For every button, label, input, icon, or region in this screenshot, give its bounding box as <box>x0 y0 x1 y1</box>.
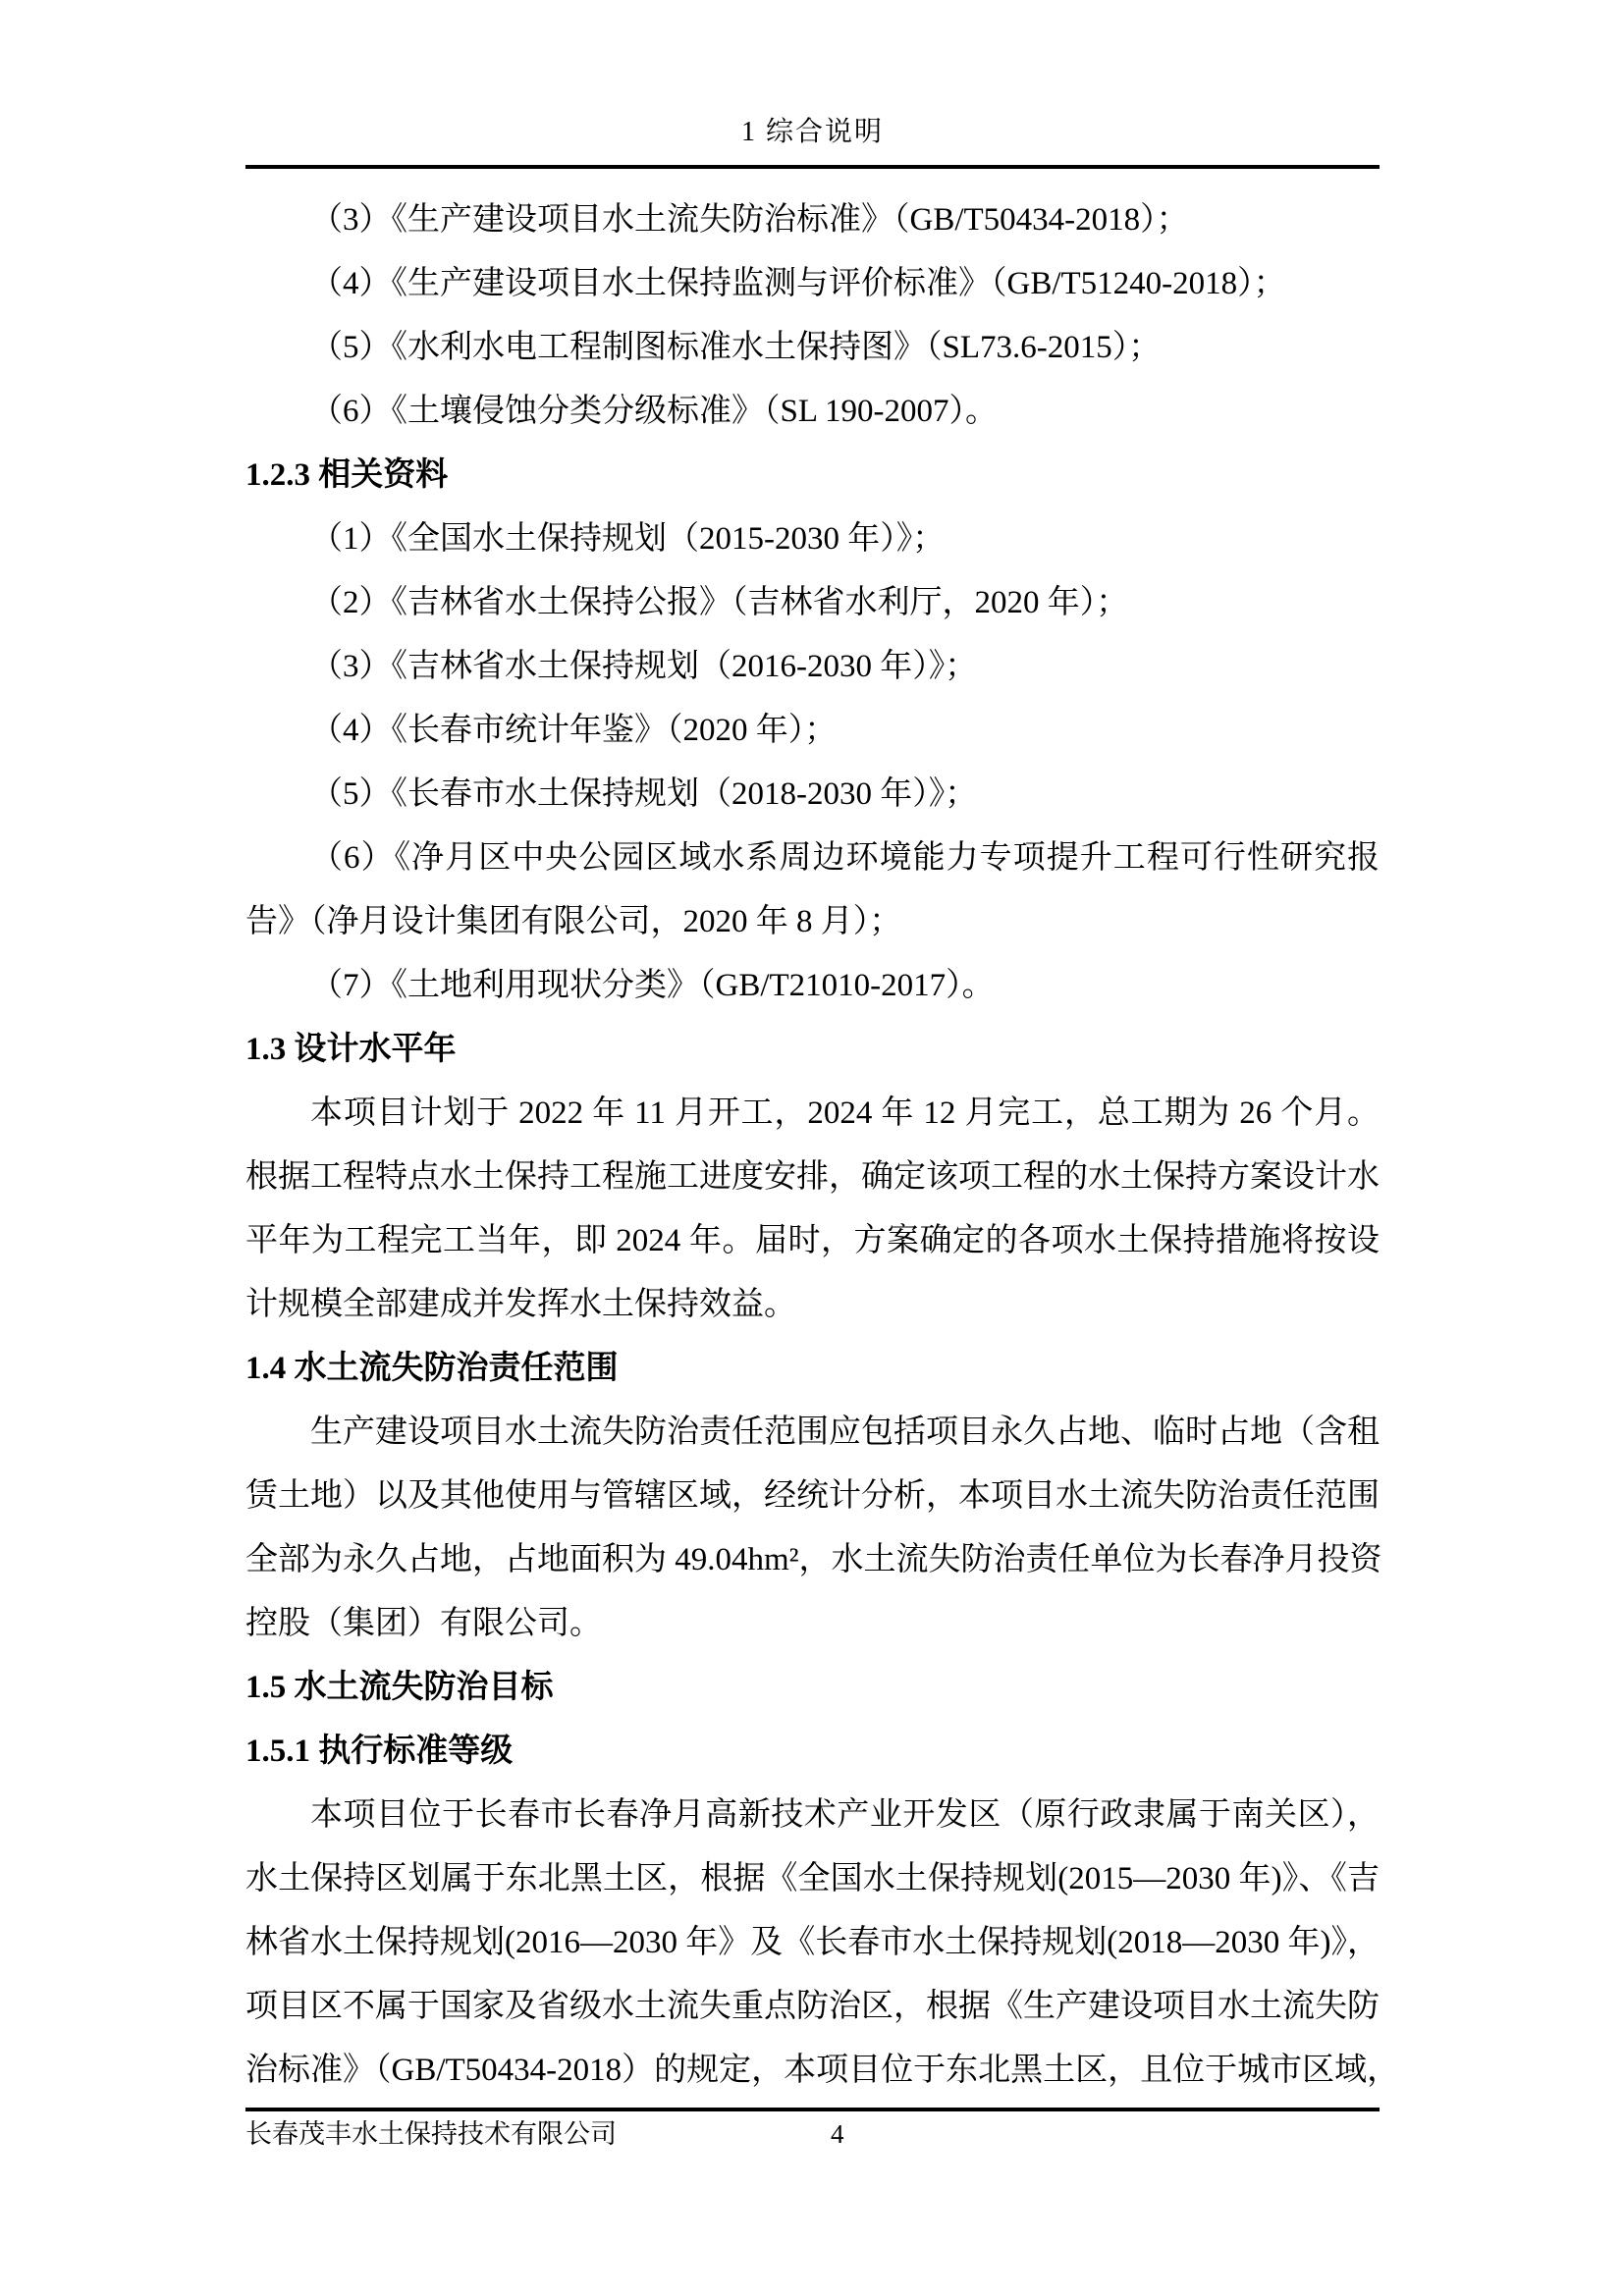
text-line: 林省水土保持规划(2016—2030 年》及《长春市水土保持规划(2018—20… <box>245 1911 1380 1975</box>
section-heading: 1.4 水土流失防治责任范围 <box>245 1337 1380 1401</box>
text-line: （1）《全国水土保持规划（2015-2030 年）》； <box>245 507 1380 571</box>
text-line: （3）《吉林省水土保持规划（2016-2030 年）》； <box>245 635 1380 699</box>
header-divider <box>245 165 1380 169</box>
text-line: 赁土地）以及其他使用与管辖区域，经统计分析，本项目水土流失防治责任范围 <box>245 1465 1380 1528</box>
text-line: （4）《生产建设项目水土保持监测与评价标准》（GB/T51240-2018）； <box>245 252 1380 316</box>
document-page: 1 综合说明 （3）《生产建设项目水土流失防治标准》（GB/T50434-201… <box>0 0 1624 2296</box>
text-line: （5）《长春市水土保持规划（2018-2030 年）》； <box>245 763 1380 827</box>
text-line: 全部为永久占地，占地面积为 49.04hm²，水土流失防治责任单位为长春净月投资 <box>245 1528 1380 1592</box>
text-line: （5）《水利水电工程制图标准水土保持图》（SL73.6-2015）； <box>245 316 1380 380</box>
text-line: （6）《土壤侵蚀分类分级标准》（SL 190-2007）。 <box>245 380 1380 444</box>
text-line: （6）《净月区中央公园区域水系周边环境能力专项提升工程可行性研究报 <box>245 827 1380 890</box>
section-heading: 1.2.3 相关资料 <box>245 444 1380 507</box>
content-lines: （3）《生产建设项目水土流失防治标准》（GB/T50434-2018）；（4）《… <box>245 188 1380 2103</box>
text-line: （3）《生产建设项目水土流失防治标准》（GB/T50434-2018）； <box>245 188 1380 252</box>
text-line: 计规模全部建成并发挥水土保持效益。 <box>245 1273 1380 1337</box>
section-heading: 1.3 设计水平年 <box>245 1018 1380 1082</box>
footer-company: 长春茂丰水土保持技术有限公司 <box>245 2119 617 2149</box>
section-heading: 1.5.1 执行标准等级 <box>245 1720 1380 1784</box>
page-header-title: 1 综合说明 <box>245 108 1380 157</box>
text-line: （2）《吉林省水土保持公报》（吉林省水利厅，2020 年）； <box>245 571 1380 635</box>
text-line: 本项目计划于 2022 年 11 月开工，2024 年 12 月完工，总工期为 … <box>245 1082 1380 1146</box>
footer-divider <box>245 2108 1380 2111</box>
section-heading: 1.5 水土流失防治目标 <box>245 1656 1380 1720</box>
text-line: （4）《长春市统计年鉴》（2020 年）； <box>245 699 1380 763</box>
text-line: 告》（净月设计集团有限公司，2020 年 8 月）； <box>245 890 1380 954</box>
text-line: 项目区不属于国家及省级水土流失重点防治区，根据《生产建设项目水土流失防 <box>245 1975 1380 2039</box>
text-line: 治标准》（GB/T50434-2018）的规定，本项目位于东北黑土区，且位于城市… <box>245 2039 1380 2103</box>
text-line: 本项目位于长春市长春净月高新技术产业开发区（原行政隶属于南关区）， <box>245 1784 1380 1847</box>
page-number: 4 <box>831 2112 844 2156</box>
text-line: （7）《土地利用现状分类》（GB/T21010-2017）。 <box>245 954 1380 1018</box>
text-line: 控股（集团）有限公司。 <box>245 1592 1380 1656</box>
text-line: 水土保持区划属于东北黑土区，根据《全国水土保持规划(2015—2030 年)》、… <box>245 1847 1380 1911</box>
text-line: 生产建设项目水土流失防治责任范围应包括项目永久占地、临时占地（含租 <box>245 1401 1380 1465</box>
text-line: 平年为工程完工当年，即 2024 年。届时，方案确定的各项水土保持措施将按设 <box>245 1209 1380 1273</box>
page-footer: 长春茂丰水土保持技术有限公司 4 <box>245 2112 1380 2156</box>
text-line: 根据工程特点水土保持工程施工进度安排，确定该项工程的水土保持方案设计水 <box>245 1146 1380 1209</box>
